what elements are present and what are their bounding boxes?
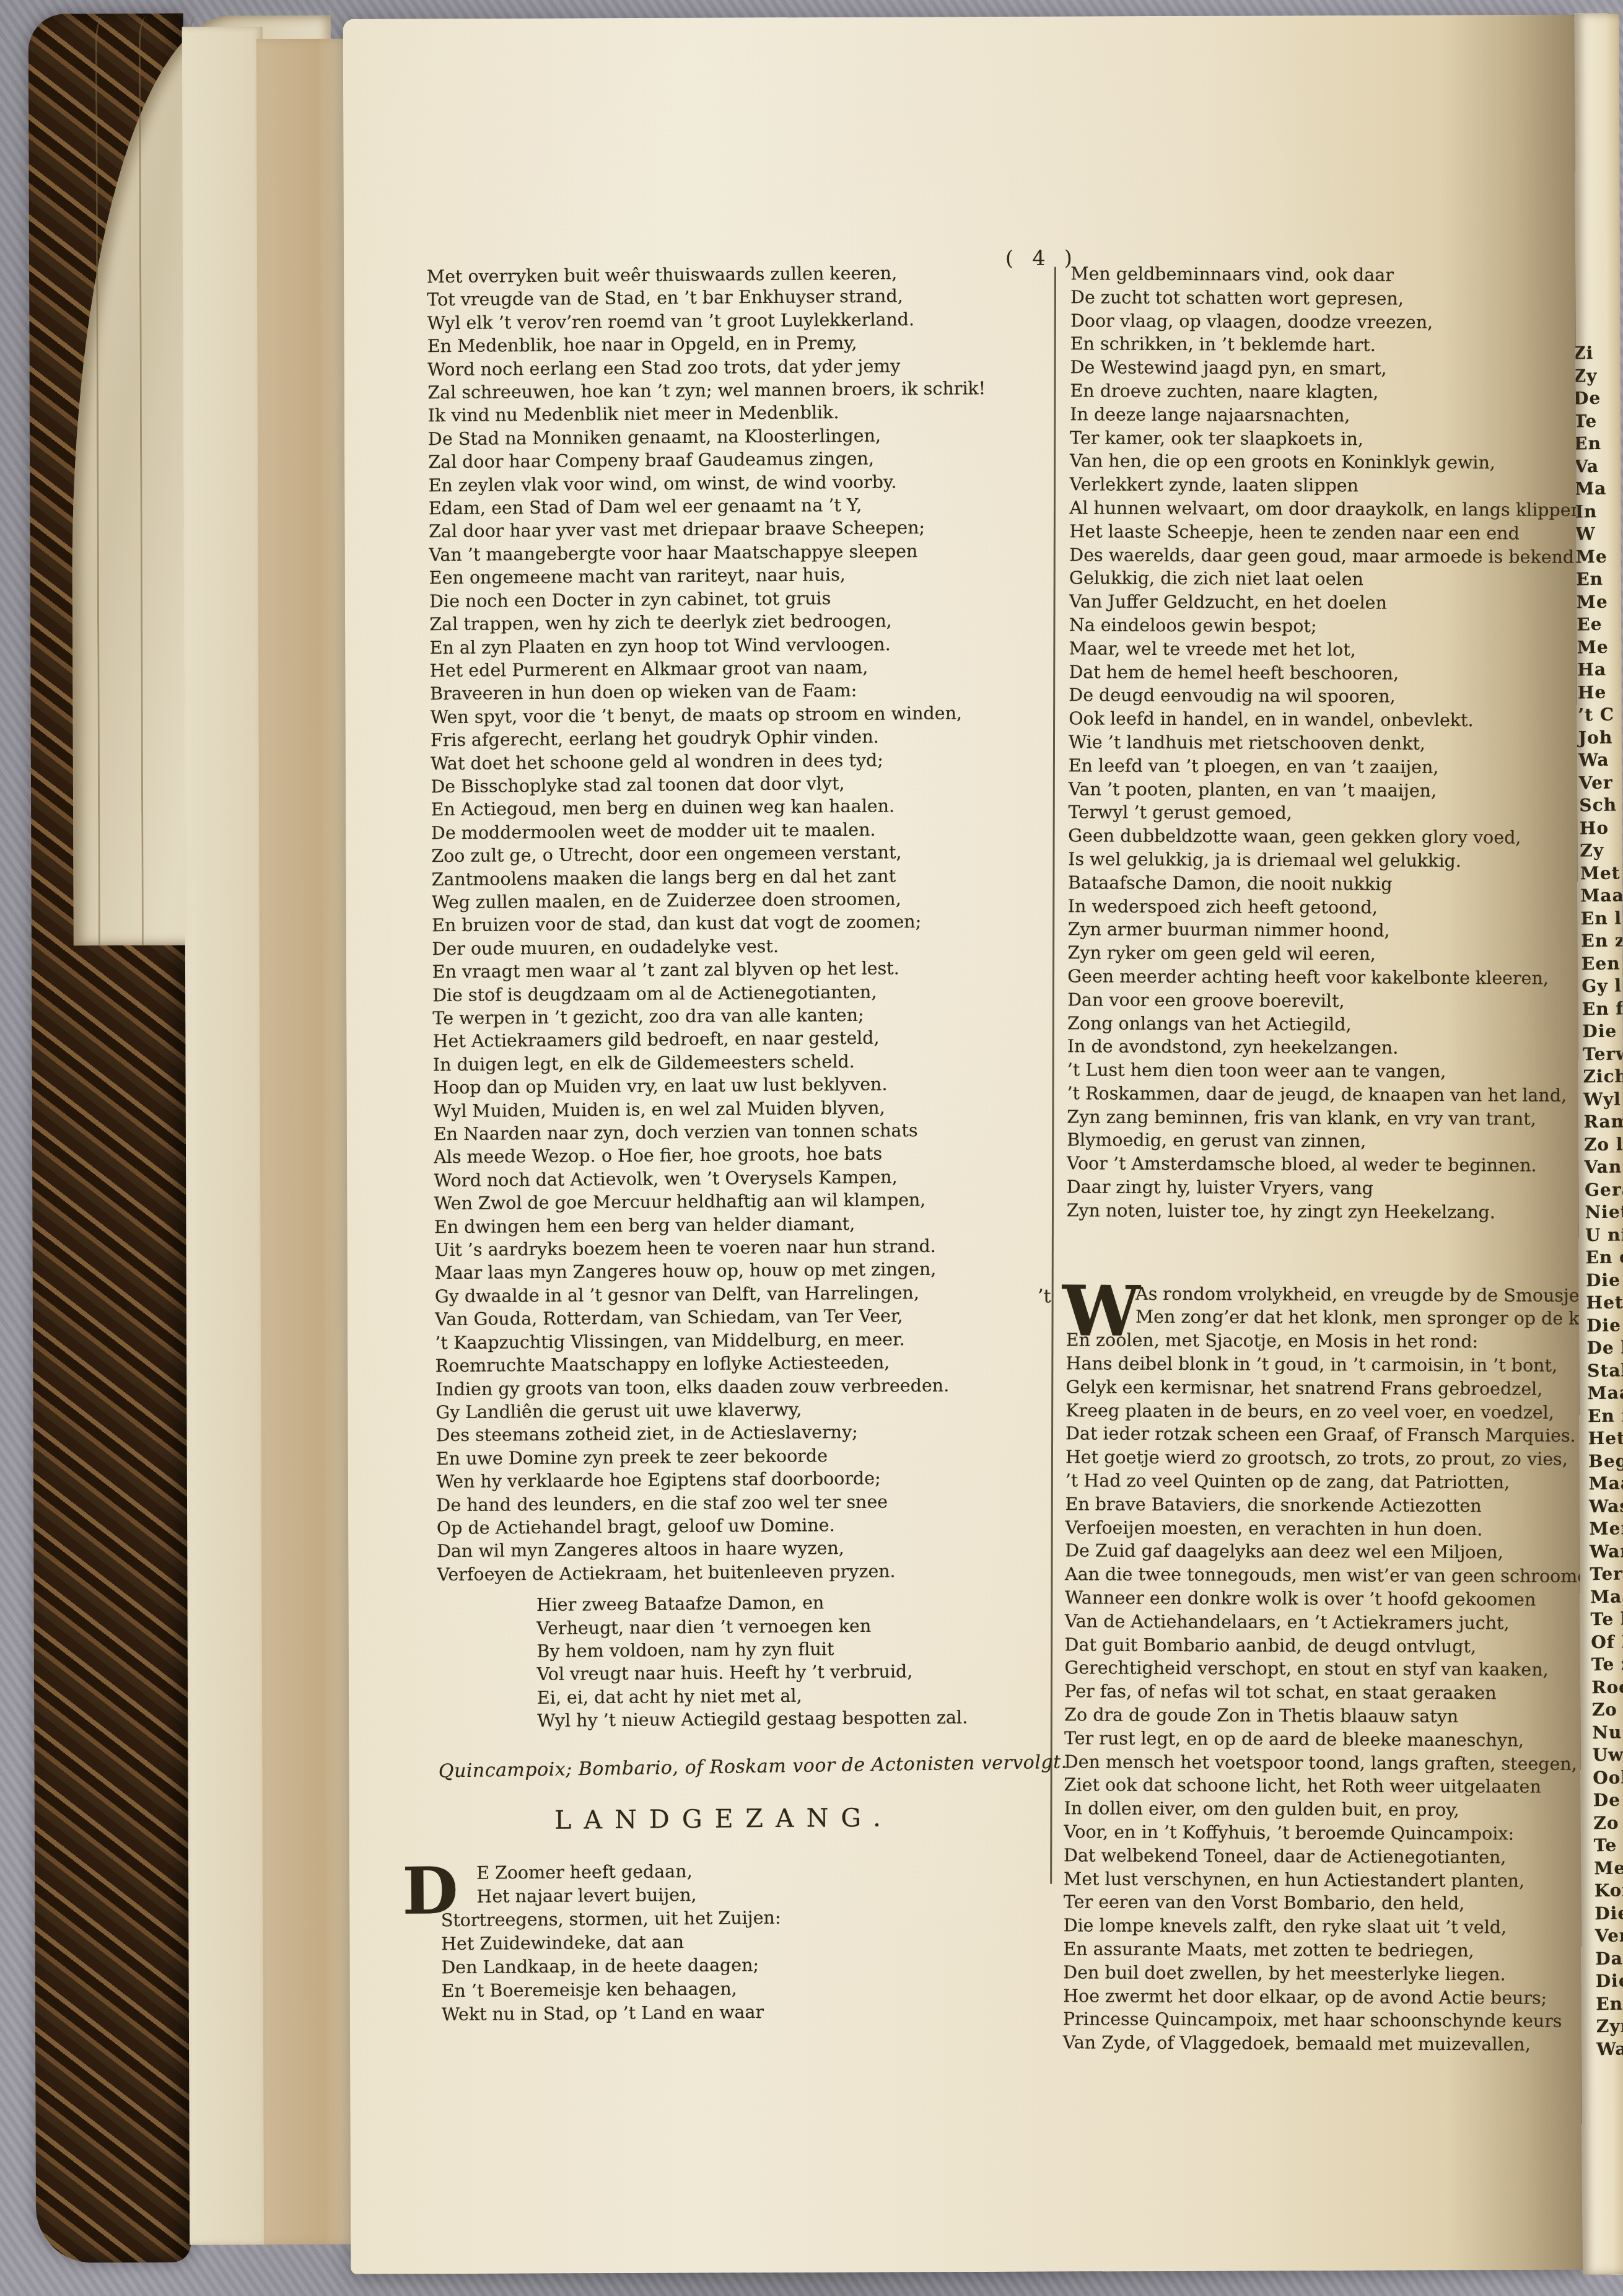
verse-line: Wyl hy ’t nieuw Actiegild gestaag bespot… <box>537 1706 1045 1733</box>
verse-line: Bataafsche Damon, die nooit nukkig <box>1068 871 1582 896</box>
cut-off-line-fragment: Was n <box>1589 1494 1623 1518</box>
verse-line: Van Juffer Geldzucht, en het doelen <box>1069 590 1583 615</box>
cut-off-line-fragment: En z <box>1581 929 1623 953</box>
cut-off-line-fragment: Die w <box>1586 1268 1623 1292</box>
cut-off-line-fragment: Maar <box>1587 1381 1623 1404</box>
verse-line: Met lust verschynen, en hun Actiestander… <box>1064 1867 1578 1893</box>
verse-line: In deeze lange najaarsnachten, <box>1070 403 1584 428</box>
next-page-edge: ZiZyDeTeEnVaMaInWMeEnMeEeMeHaHe’t CJohWa… <box>1575 13 1623 2274</box>
cut-off-line-fragment: Met <box>1580 861 1623 885</box>
verse-line: En brave Bataviers, die snorkende Actiez… <box>1065 1492 1580 1518</box>
verse-line: Ook leefd in handel, en in wandel, onbev… <box>1069 707 1583 732</box>
cut-off-line-fragment: En f <box>1582 997 1623 1020</box>
verse-line: Ter eeren van den Vorst Bombario, den he… <box>1064 1891 1578 1916</box>
cut-off-line-fragment: Te zoel <box>1594 1833 1623 1857</box>
cut-off-line-fragment: U nim <box>1585 1223 1623 1247</box>
landgezang-lines: Stortreegens, stormen, uit het Zuijen:He… <box>441 1904 1048 2027</box>
verse-line: Het goetje wierd zo grootsch, zo trots, … <box>1065 1446 1580 1471</box>
verse-line: Ziet ook dat schoone licht, het Roth wee… <box>1064 1774 1578 1799</box>
cut-off-line-fragment: Zi <box>1575 341 1623 365</box>
right-text-column: Men geldbeminnaars vind, ook daarDe zuch… <box>1063 262 1585 2057</box>
verse-line: Van Zyde, of Vlaggedoek, bemaald met mui… <box>1063 2031 1577 2056</box>
cut-off-line-fragment: Ha <box>1577 658 1623 681</box>
cut-off-line-fragment: De lu <box>1586 1336 1623 1359</box>
verse-line: Is wel gelukkig, ja is driemaal wel gelu… <box>1068 848 1582 873</box>
verse-line: En assurante Maats, met zotten te bedrie… <box>1063 1937 1577 1963</box>
cut-off-line-fragment: Maa <box>1580 884 1623 908</box>
cut-off-line-fragment: Het f <box>1586 1290 1623 1314</box>
verse-line: ’t Had zo veel Quinten op de zang, dat P… <box>1065 1469 1580 1494</box>
cut-off-line-fragment: Een <box>1581 952 1623 975</box>
cut-off-line-fragment: Me <box>1577 635 1623 659</box>
verse-line: Voor ’t Amsterdamsche bloed, al weder te… <box>1067 1152 1581 1178</box>
verse-line: Princesse Quincampoix, met haar schoonsc… <box>1063 2008 1577 2033</box>
verse-line: De Zuid gaf daagelyks aan deez wel een M… <box>1065 1540 1579 1565</box>
cut-off-line-fragment: Of Me <box>1591 1630 1623 1654</box>
cut-off-line-fragment: En raak <box>1596 1992 1623 2015</box>
damon-stanza: Hier zweeg Bataafze Damon, enVerheugt, n… <box>437 1590 1046 1733</box>
cut-off-line-fragment: Terw <box>1583 1042 1623 1066</box>
verse-line: De deugd eenvoudig na wil spooren, <box>1069 684 1583 709</box>
dropcap-d: D <box>402 1863 458 1919</box>
verse-line: Al hunnen welvaart, om door draaykolk, e… <box>1070 496 1584 522</box>
verse-line: Dat guit Bombario aanbid, de deugd ontvl… <box>1065 1633 1579 1658</box>
verse-line: Wen spyt, voor die ’t benyt, de maats op… <box>430 701 1037 729</box>
cut-off-line-fragment: Zo la <box>1584 1133 1623 1156</box>
verse-line: In wederspoed zich heeft getoond, <box>1068 895 1582 920</box>
cut-off-line-fragment: ’t C <box>1578 703 1623 727</box>
verse-line: Verheugt, naar dien ’t vernoegen ken <box>536 1613 1044 1640</box>
verse-line: Dat ieder rotzak scheen een Graaf, of Fr… <box>1065 1422 1580 1448</box>
landgezang-song: D E Zoomer heeft gedaan, Het najaar leve… <box>440 1857 1048 2027</box>
verse-line: En leefd van ’t ploegen, en van ’t zaaij… <box>1069 754 1583 779</box>
cut-off-line-fragment: Begon <box>1588 1449 1623 1473</box>
cut-off-line-fragment: Va <box>1575 454 1623 478</box>
cut-off-line-fragment: W <box>1575 522 1623 546</box>
verse-line: Terwyl ’t gerust gemoed, <box>1068 801 1582 826</box>
cut-off-line-fragment: Die <box>1582 1020 1623 1043</box>
verse-line: Van de Actiehandelaars, en ’t Actiekrame… <box>1065 1610 1579 1635</box>
verse-line: De Westewind jaagd pyn, en smart, <box>1070 356 1585 382</box>
verse-line: Aan die twee tonnegouds, men wist’er van… <box>1065 1563 1579 1588</box>
cut-off-line-fragment: Die zou <box>1595 1901 1623 1925</box>
cut-off-line-fragment: En de <box>1585 1246 1623 1269</box>
verse-line: De zucht tot schatten wort gepresen, <box>1070 286 1585 311</box>
verse-line: Gelukkig, die zich niet laat oelen <box>1069 567 1583 592</box>
verse-line: Hans deibel blonk in ’t goud, in ’t carm… <box>1066 1352 1580 1377</box>
cut-off-line-fragment: Het ro <box>1588 1426 1623 1450</box>
verse-line: In de avondstond, zyn heekelzangen. <box>1067 1035 1581 1061</box>
cut-off-line-fragment: De <box>1575 387 1623 410</box>
verse-line: Hier zweeg Bataafze Damon, en <box>536 1590 1044 1617</box>
cut-off-line-fragment: Me <box>1576 545 1623 568</box>
verse-line: Ter kamer, ook ter slaapkoets in, <box>1070 426 1584 452</box>
cut-off-line-fragment: Zo een <box>1592 1698 1623 1721</box>
verse-line: In dollen eiver, om den gulden buit, en … <box>1064 1797 1578 1822</box>
apostrophe-t-prefix: ’t <box>1038 1286 1051 1307</box>
cut-off-line-fragment: En <box>1575 432 1623 455</box>
cut-off-line-fragment: Nu wil <box>1592 1720 1623 1744</box>
heekelzang-lines: En zoolen, met Sjacotje, en Mosis in het… <box>1063 1329 1580 2057</box>
cut-off-line-fragment: Die zy <box>1586 1313 1623 1337</box>
cut-off-line-fragment: Te zoe <box>1591 1652 1623 1676</box>
cut-off-line-fragment: Maar a <box>1588 1471 1623 1495</box>
verse-line: En zoolen, met Sjacotje, en Mosis in het… <box>1066 1329 1580 1354</box>
cut-off-line-fragment: Uw Co <box>1593 1743 1623 1766</box>
cut-off-line-fragment: Sch <box>1579 794 1623 817</box>
next-page-text-fragments: ZiZyDeTeEnVaMaInWMeEnMeEeMeHaHe’t CJohWa… <box>1575 341 1623 2061</box>
verse-line: En droeve zuchten, naare klagten, <box>1070 379 1584 405</box>
verse-line: Gerechtigheid verschopt, en stout en sty… <box>1064 1657 1578 1682</box>
verse-line: Des waerelds, daar geen goud, maar armoe… <box>1069 543 1583 569</box>
verse-line: Hoe zwermt het door elkaar, op de avond … <box>1063 1984 1577 2010</box>
cut-off-line-fragment: Stak <box>1587 1359 1623 1382</box>
verse-line: Zyn noten, luister toe, hy zingt zyn Hee… <box>1067 1199 1581 1224</box>
cut-off-line-fragment: Dan ree <box>1595 1947 1623 1970</box>
cut-off-line-fragment: Van u <box>1584 1155 1623 1179</box>
verse-line: Dat welbekend Toneel, daar de Actienegot… <box>1064 1844 1578 1869</box>
cut-off-line-fragment: Gy l <box>1581 975 1623 998</box>
verse-line: ’t Roskammen, daar de jeugd, de knaapen … <box>1067 1082 1581 1107</box>
cut-off-line-fragment: Niet <box>1585 1201 1623 1224</box>
cut-off-line-fragment: Geraa <box>1585 1178 1623 1201</box>
cut-off-line-fragment: Zo ’t ry <box>1593 1811 1623 1834</box>
heekelzang-section: ’t W As rondom vrolykheid, en vreugde by… <box>1063 1282 1580 2057</box>
verse-line: Gelyk een kermisnar, het snatrend Frans … <box>1065 1375 1580 1401</box>
cut-off-line-fragment: Zy <box>1580 839 1623 862</box>
cut-off-line-fragment: Roemw <box>1591 1675 1623 1699</box>
cut-off-line-fragment: In <box>1575 499 1623 523</box>
verse-line: Ter rust legt, en op de aard de bleeke m… <box>1064 1727 1578 1752</box>
verse-line: Verfoeijen moesten, en verachten in hun … <box>1065 1516 1579 1541</box>
verse-line: ’t Lust hem dien toon weer aan te vangen… <box>1067 1058 1581 1084</box>
book: ( 4 ) Met overryken buit weêr thuiswaard… <box>0 0 1623 2296</box>
verse-line: Zyn ryker om geen geld wil eeren, <box>1067 941 1581 966</box>
verse-line: Het laaste Scheepje, heen te zenden naar… <box>1069 520 1583 545</box>
dropcap-w: W <box>1062 1282 1140 1342</box>
cut-off-line-fragment: Waar w <box>1596 2037 1623 2061</box>
verse-line: Verfoeyen de Actiekraam, het buitenleeve… <box>437 1558 1044 1586</box>
left-text-column: Met overryken buit weêr thuiswaards zull… <box>427 261 1048 2027</box>
cut-off-line-fragment: Wa <box>1578 748 1623 772</box>
verse-line: En schrikken, in ’t beklemde hart. <box>1070 333 1585 358</box>
verse-line: Ei, ei, dat acht hy niet met al, <box>537 1682 1045 1709</box>
verse-line: As rondom vrolykheid, en vreugde by de S… <box>1066 1282 1580 1307</box>
cut-off-line-fragment: Ee <box>1577 613 1623 636</box>
cut-off-line-fragment: Kon ’t <box>1595 1878 1623 1902</box>
verse-line: Zyn zang beminnen, fris van klank, en vr… <box>1067 1105 1581 1131</box>
cut-off-line-fragment: Men m <box>1589 1517 1623 1540</box>
cut-off-line-fragment: Te <box>1575 409 1623 432</box>
landgezang-heading: LANDGEZANG. <box>439 1802 1008 1836</box>
verse-line: Van ’t pooten, planten, en van ’t maaije… <box>1069 778 1583 803</box>
verse-line: Den mensch het voetspoor toond, langs gr… <box>1064 1750 1578 1776</box>
left-verse-block: Met overryken buit weêr thuiswaards zull… <box>427 261 1044 1587</box>
verse-line: Dat hem de hemel heeft beschooren, <box>1069 660 1583 686</box>
verse-line: Wekt nu in Stad, op ’t Land en waar <box>442 1998 1048 2027</box>
cut-off-line-fragment: Met ha <box>1594 1856 1623 1880</box>
verse-line: Blymoedig, en gerust van zinnen, <box>1067 1129 1581 1154</box>
verse-line: Vol vreugt naar huis. Heeft hy ’t verbru… <box>537 1659 1045 1686</box>
cut-off-line-fragment: Zy <box>1575 364 1623 387</box>
verse-line: Dan voor een groove boerevilt, <box>1067 988 1581 1014</box>
cut-off-line-fragment: Ho <box>1580 816 1623 839</box>
cut-off-line-fragment: Joh <box>1578 725 1623 749</box>
cut-off-line-fragment: Ver <box>1579 771 1623 794</box>
right-verse-block: Men geldbeminnaars vind, ook daarDe zuch… <box>1067 262 1585 1224</box>
verse-line: Na eindeloos gewin bespot; <box>1069 613 1583 639</box>
cut-off-line-fragment: He <box>1578 680 1623 704</box>
verse-line: By hem voldoen, nam hy zyn fluit <box>536 1636 1044 1663</box>
verse-line: Wanneer een donkre wolk is over ’t hoofd… <box>1065 1586 1579 1611</box>
verse-line: Door vlaag, op vlaagen, doodze vreezen, <box>1070 309 1585 335</box>
verse-line: Zong onlangs van het Actiegild, <box>1067 1012 1581 1037</box>
verse-line: Men geldbeminnaars vind, ook daar <box>1070 262 1585 287</box>
cut-off-line-fragment: Wyl <box>1583 1087 1623 1111</box>
verse-line: Geen meerder achting heeft voor kakelbon… <box>1067 965 1581 990</box>
verse-line: Den buil doet zwellen, by het meesterlyk… <box>1063 1961 1577 1986</box>
verse-line: Kreeg plaaten in de beurs, en zo veel vo… <box>1065 1399 1580 1424</box>
verse-line: Per fas, of nefas wil tot schat, en staa… <box>1064 1680 1578 1706</box>
cut-off-line-fragment: De Faa <box>1593 1788 1623 1812</box>
cut-off-line-fragment: Ook gy <box>1593 1766 1623 1789</box>
cut-off-line-fragment: Ma <box>1575 477 1623 501</box>
verse-line: Wie ’t landhuis met rietschooven denkt, <box>1069 730 1583 756</box>
verse-line: Van hen, die op een groots en Koninklyk … <box>1070 450 1584 475</box>
verse-line: Daar zingt hy, luister Vryers, vang <box>1067 1175 1581 1201</box>
verse-line: Geen dubbeldzotte waan, geen gekken glor… <box>1068 824 1582 849</box>
cut-off-line-fragment: Me <box>1577 590 1623 613</box>
verse-line: Verlekkert zynde, laaten slippen <box>1070 473 1584 498</box>
verse-line: Maar, wel te vreede met het lot, <box>1069 637 1583 662</box>
cut-off-line-fragment: Zyn kri <box>1596 2014 1623 2038</box>
cut-off-line-fragment: Verzett <box>1595 1924 1623 1947</box>
cut-off-line-fragment: Ram <box>1583 1110 1623 1134</box>
cut-off-line-fragment: Maar l <box>1590 1585 1623 1608</box>
section-caption-italic: Quincampoix; Bombario, of Roskam voor de… <box>439 1751 1046 1782</box>
cut-off-line-fragment: Ter be <box>1590 1562 1623 1585</box>
cut-off-line-fragment: Zich <box>1583 1065 1623 1089</box>
verse-line: Men zong’er dat het klonk, men spronger … <box>1066 1305 1580 1331</box>
cut-off-line-fragment: Die nu <box>1596 1969 1623 1992</box>
verse-line: Voor, en in ’t Koffyhuis, ’t beroemde Qu… <box>1064 1820 1578 1846</box>
verse-line: Zyn armer buurman nimmer hoond, <box>1068 918 1582 944</box>
verse-line: Die lompe knevels zalft, den ryke slaat … <box>1064 1914 1578 1939</box>
cut-off-line-fragment: En l <box>1581 906 1623 930</box>
cut-off-line-fragment: Te haa <box>1590 1607 1623 1631</box>
cut-off-line-fragment: Wann <box>1590 1540 1623 1563</box>
page-edge-arc <box>139 16 150 945</box>
verse-line: Zo dra de goude Zon in Thetis blaauw sat… <box>1064 1703 1578 1729</box>
cut-off-line-fragment: En <box>1576 567 1623 591</box>
cut-off-line-fragment: En fri <box>1588 1404 1623 1427</box>
